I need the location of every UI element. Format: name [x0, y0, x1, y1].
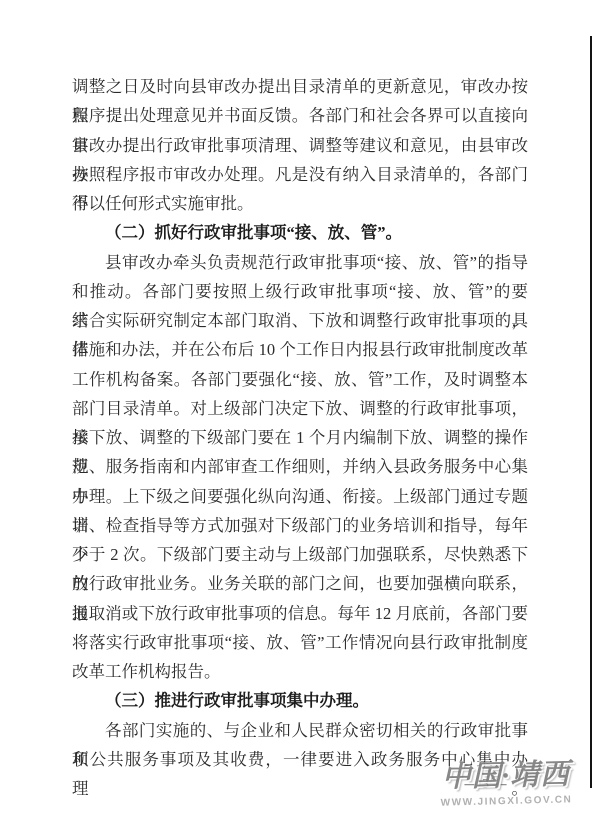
- section-heading-3: （三）推进行政审批事项集中办理。: [72, 686, 528, 715]
- document-line: 结合实际研究制定本部门取消、下放和调整行政审批事项的具体: [72, 306, 528, 335]
- document-line: 范、服务指南和内部审查工作细则，并纳入县政务服务中心集中: [72, 452, 528, 481]
- scanned-document-page: 调整之日及时向县审改办提出目录清单的更新意见，审改办按照 程序提出处理意见并书面…: [0, 0, 596, 826]
- site-watermark: 中国·靖西 WWW.JINGXI.GOV.CN: [429, 754, 582, 809]
- document-line: 程序提出处理意见并书面反馈。各部门和社会各界可以直接向县: [72, 101, 528, 130]
- scan-edge-line: [590, 36, 592, 788]
- document-line: 得以任何形式实施审批。: [72, 189, 528, 218]
- document-line: 工作机构备案。各部门要强化“接、放、管”工作，及时调整本: [72, 365, 528, 394]
- document-line: 办理。上下级之间要强化纵向沟通、衔接。上级部门通过专题培: [72, 482, 528, 511]
- watermark-logo-text: 中国·靖西: [429, 754, 582, 798]
- document-line: 措施和办法，并在公布后 10 个工作日内报县行政审批制度改革: [72, 335, 528, 364]
- document-line: 各部门实施的、与企业和人民群众密切相关的行政审批事项: [72, 716, 528, 745]
- document-line: 和推动。各部门要按照上级行政审批事项“接、放、管”的要求，: [72, 277, 528, 306]
- document-line: 按照程序报市审改办处理。凡是没有纳入目录清单的，各部门不: [72, 160, 528, 189]
- document-line: 的行政审批业务。业务关联的部门之间，也要加强横向联系，通: [72, 569, 528, 598]
- document-line: 改革工作机构报告。: [72, 657, 528, 686]
- document-line: 接下放、调整的下级部门要在 1 个月内编制下放、调整的操作规: [72, 423, 528, 452]
- document-line: 审改办提出行政审批事项清理、调整等建议和意见，由县审改办: [72, 131, 528, 160]
- document-line: 报取消或下放行政审批事项的信息。每年 12 月底前，各部门要: [72, 599, 528, 628]
- document-line: 少于 2 次。下级部门要主动与上级部门加强联系，尽快熟悉下放: [72, 540, 528, 569]
- document-line: 训、检查指导等方式加强对下级部门的业务培训和指导，每年不: [72, 511, 528, 540]
- section-heading-2: （二）抓好行政审批事项“接、放、管”。: [72, 218, 528, 247]
- document-line: 调整之日及时向县审改办提出目录清单的更新意见，审改办按照: [72, 72, 528, 101]
- document-line: 将落实行政审批事项“接、放、管”工作情况向县行政审批制度: [72, 628, 528, 657]
- document-line: 部门目录清单。对上级部门决定下放、调整的行政审批事项，承: [72, 394, 528, 423]
- document-line: 县审改办牵头负责规范行政审批事项“接、放、管”的指导: [72, 248, 528, 277]
- document-body: 调整之日及时向县审改办提出目录清单的更新意见，审改办按照 程序提出处理意见并书面…: [72, 72, 528, 774]
